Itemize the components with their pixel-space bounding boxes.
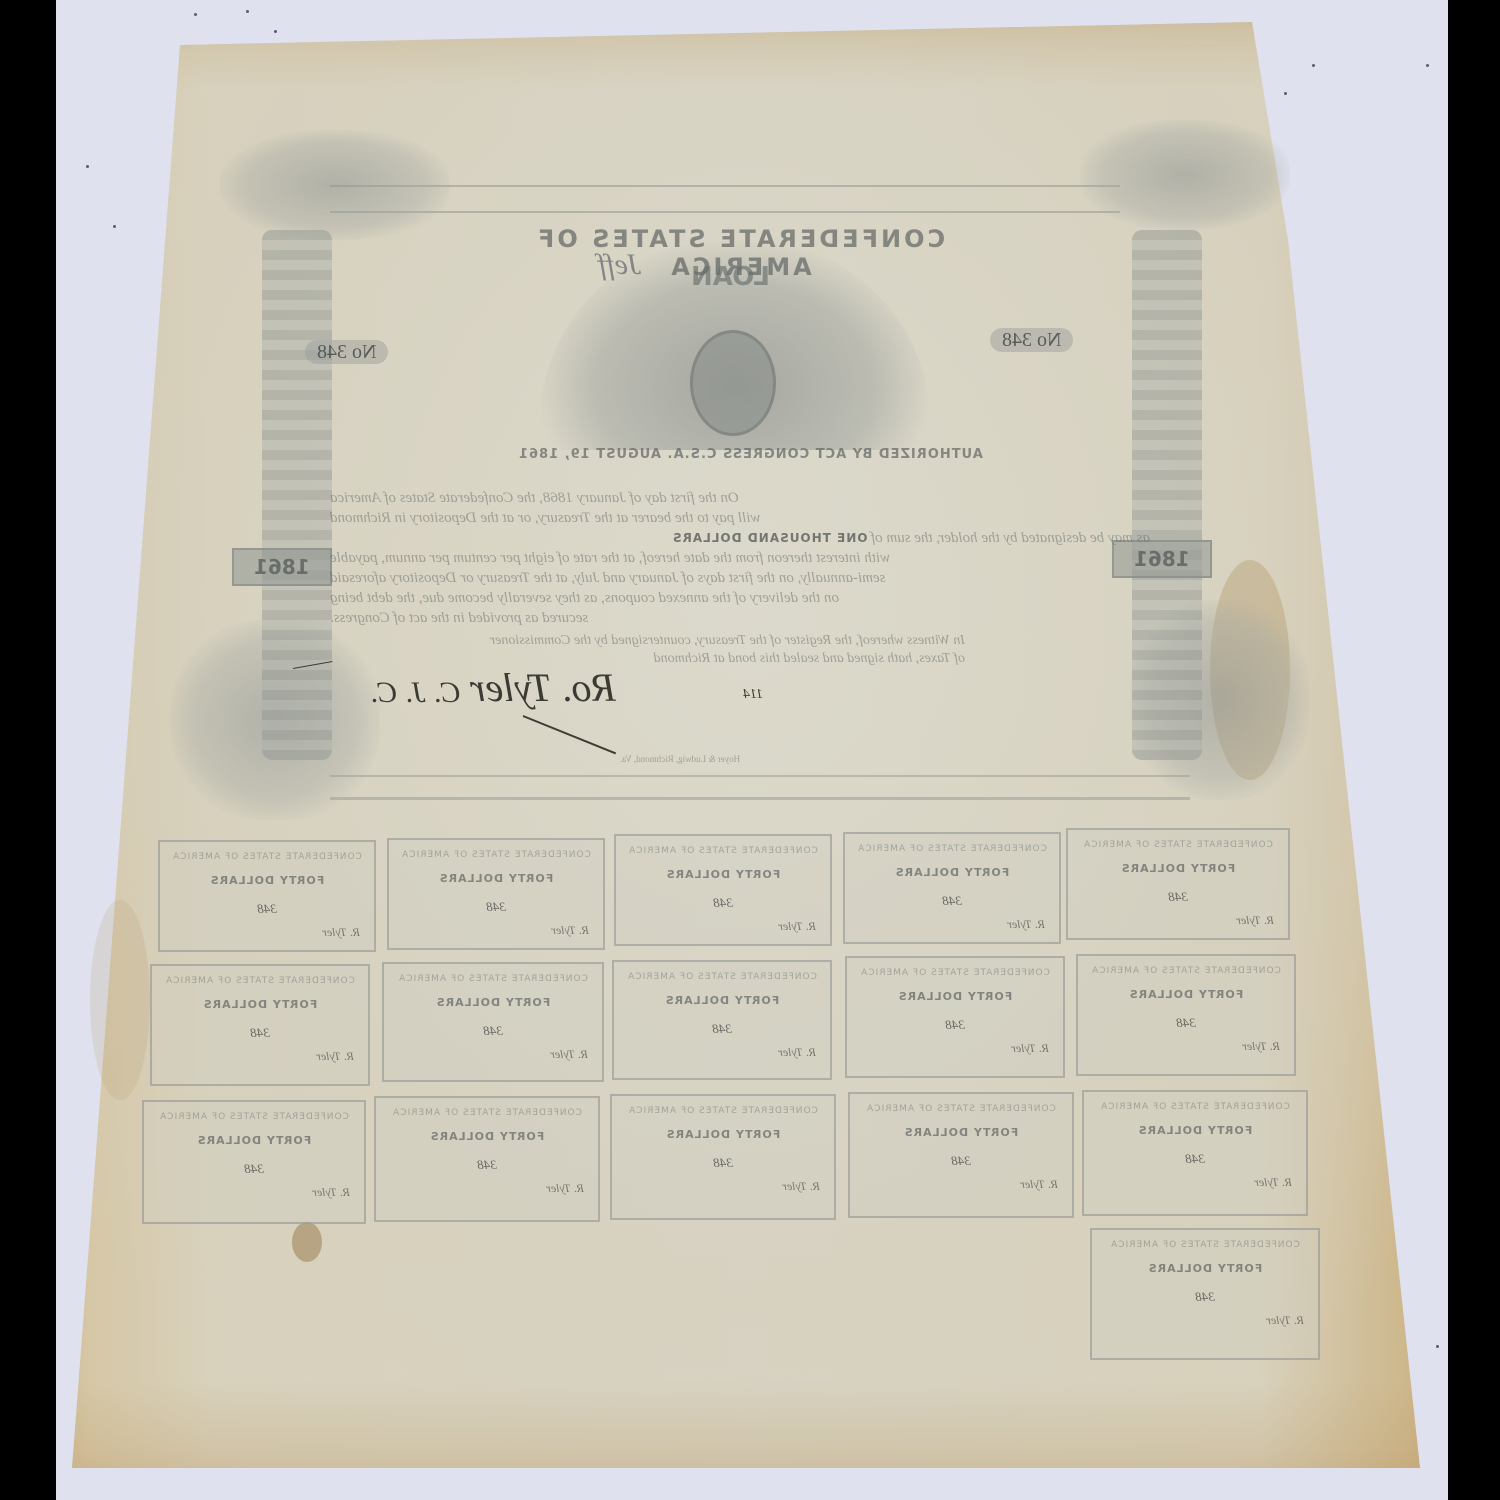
- dust-speck: [1284, 92, 1287, 95]
- pencil-mark: Jeff: [598, 248, 641, 282]
- coupon-amount: FORTY DOLLARS: [614, 994, 830, 1007]
- coupon-signature: R. Tyler: [1078, 1039, 1294, 1054]
- body-line: semi-annually, on the first days of Janu…: [330, 568, 1150, 588]
- serial-number-left: No 348: [305, 340, 388, 364]
- portrait-medallion: [690, 330, 776, 436]
- coupon-amount: FORTY DOLLARS: [616, 868, 830, 881]
- left-column: [262, 230, 332, 760]
- body-line: on the delivery of the annexed coupons, …: [330, 588, 1150, 608]
- printer-imprint: Hoyer & Ludwig, Richmond, Va.: [620, 754, 740, 764]
- loan-heading: LOAN: [680, 262, 780, 292]
- coupon-serial: 348: [152, 1025, 368, 1041]
- coupon: CONFEDERATE STATES OF AMERICA FORTY DOLL…: [1076, 954, 1296, 1076]
- coupon-signature: R. Tyler: [847, 1041, 1063, 1056]
- coupon: CONFEDERATE STATES OF AMERICA FORTY DOLL…: [387, 838, 605, 950]
- coupon: CONFEDERATE STATES OF AMERICA FORTY DOLL…: [610, 1094, 836, 1220]
- coupon-amount: FORTY DOLLARS: [389, 872, 603, 885]
- top-left-ornament: [220, 130, 450, 240]
- body-line: On the first day of January 1868, the Co…: [330, 488, 1150, 508]
- coupon: CONFEDERATE STATES OF AMERICA FORTY DOLL…: [1082, 1090, 1308, 1216]
- coupon: CONFEDERATE STATES OF AMERICA FORTY DOLL…: [848, 1092, 1074, 1218]
- dust-speck: [1312, 64, 1315, 67]
- bond-body-text: On the first day of January 1868, the Co…: [330, 488, 1150, 628]
- coupon-signature: R. Tyler: [845, 917, 1059, 932]
- coupon-serial: 348: [1078, 1015, 1294, 1031]
- dust-speck: [274, 30, 277, 33]
- age-stain: [90, 900, 150, 1100]
- coupon: CONFEDERATE STATES OF AMERICA FORTY DOLL…: [374, 1096, 600, 1222]
- body-line-with-amount: ONE THOUSAND DOLLARS as may be designate…: [330, 528, 1150, 548]
- coupon-amount: FORTY DOLLARS: [1078, 988, 1294, 1001]
- coupon-serial: 348: [160, 901, 374, 917]
- coupon-serial: 348: [144, 1161, 364, 1177]
- year-text: 1861: [254, 550, 310, 584]
- coupon-serial: 348: [384, 1023, 602, 1039]
- dust-speck: [194, 13, 197, 16]
- coupon: CONFEDERATE STATES OF AMERICA FORTY DOLL…: [150, 964, 370, 1086]
- coupon: CONFEDERATE STATES OF AMERICA FORTY DOLL…: [1066, 828, 1290, 940]
- coupon-serial: 348: [616, 895, 830, 911]
- dust-speck: [113, 225, 116, 228]
- coupon-amount: FORTY DOLLARS: [1084, 1124, 1306, 1137]
- coupon-amount: FORTY DOLLARS: [847, 990, 1063, 1003]
- coupon-signature: R. Tyler: [1092, 1313, 1318, 1328]
- coupon-serial: 348: [1084, 1151, 1306, 1167]
- coupon-signature: R. Tyler: [614, 1045, 830, 1060]
- coupon-amount: FORTY DOLLARS: [845, 866, 1059, 879]
- coupon-signature: R. Tyler: [616, 919, 830, 934]
- coupon-signature: R. Tyler: [1068, 913, 1288, 928]
- coupon-amount: FORTY DOLLARS: [1092, 1262, 1318, 1275]
- coupon: CONFEDERATE STATES OF AMERICA FORTY DOLL…: [158, 840, 376, 952]
- body-line: with interest thereon from the date here…: [330, 548, 1150, 568]
- coupon: CONFEDERATE STATES OF AMERICA FORTY DOLL…: [1090, 1228, 1320, 1360]
- coupon: CONFEDERATE STATES OF AMERICA FORTY DOLL…: [382, 962, 604, 1082]
- body-line: secured as provided in the act of Congre…: [330, 608, 1150, 628]
- coupon-amount: FORTY DOLLARS: [160, 874, 374, 887]
- coupon-serial: 348: [850, 1153, 1072, 1169]
- dust-speck: [1436, 1345, 1439, 1348]
- coupon-serial: 348: [614, 1021, 830, 1037]
- coupon-serial: 348: [612, 1155, 834, 1171]
- age-stain: [292, 1222, 322, 1262]
- dust-speck: [246, 10, 249, 13]
- signature-initials: C. J. C.: [370, 676, 461, 710]
- coupon-signature: R. Tyler: [1084, 1175, 1306, 1190]
- coupon-serial: 348: [389, 899, 603, 915]
- coupon-serial: 348: [845, 893, 1059, 909]
- coupon-serial: 348: [1068, 889, 1288, 905]
- coupon-signature: R. Tyler: [376, 1181, 598, 1196]
- coupon-amount: FORTY DOLLARS: [152, 998, 368, 1011]
- dust-speck: [86, 165, 89, 168]
- coupon-amount: FORTY DOLLARS: [612, 1128, 834, 1141]
- witness-clause: In Witness whereof, the Register of the …: [435, 632, 965, 668]
- coupon: CONFEDERATE STATES OF AMERICA FORTY DOLL…: [843, 832, 1061, 944]
- coupon-signature: R. Tyler: [384, 1047, 602, 1062]
- small-ink-mark: 114: [743, 687, 763, 703]
- coupon-signature: R. Tyler: [612, 1179, 834, 1194]
- coupon: CONFEDERATE STATES OF AMERICA FORTY DOLL…: [614, 834, 832, 946]
- coupon-serial: 348: [847, 1017, 1063, 1033]
- coupon-amount: FORTY DOLLARS: [1068, 862, 1288, 875]
- coupon-amount: FORTY DOLLARS: [384, 996, 602, 1009]
- authorization-line: AUTHORIZED BY ACT CONGRESS C.S.A. AUGUST…: [500, 447, 1000, 462]
- coupon-signature: R. Tyler: [850, 1177, 1072, 1192]
- body-line: will pay to the bearer at the Treasury, …: [330, 508, 1150, 528]
- coupon: CONFEDERATE STATES OF AMERICA FORTY DOLL…: [142, 1100, 366, 1224]
- coupon-serial: 348: [376, 1157, 598, 1173]
- dust-speck: [1426, 64, 1429, 67]
- coupon-signature: R. Tyler: [389, 923, 603, 938]
- serial-number-right: No 348: [990, 328, 1073, 352]
- coupon: CONFEDERATE STATES OF AMERICA FORTY DOLL…: [845, 956, 1065, 1078]
- coupon: CONFEDERATE STATES OF AMERICA FORTY DOLL…: [612, 960, 832, 1080]
- coupon-signature: R. Tyler: [160, 925, 374, 940]
- coupon-amount: FORTY DOLLARS: [850, 1126, 1072, 1139]
- signature-main: Ro. Tyler: [470, 664, 616, 711]
- amount-text: ONE THOUSAND DOLLARS: [672, 528, 868, 548]
- top-right-ornament: [1080, 120, 1290, 230]
- frame-bottom-border: [330, 775, 1190, 800]
- coupon-amount: FORTY DOLLARS: [376, 1130, 598, 1143]
- coupon-amount: FORTY DOLLARS: [144, 1134, 364, 1147]
- coupon-serial: 348: [1092, 1289, 1318, 1305]
- coupon-signature: R. Tyler: [152, 1049, 368, 1064]
- left-year-plaque: 1861: [232, 548, 332, 586]
- coupon-signature: R. Tyler: [144, 1185, 364, 1200]
